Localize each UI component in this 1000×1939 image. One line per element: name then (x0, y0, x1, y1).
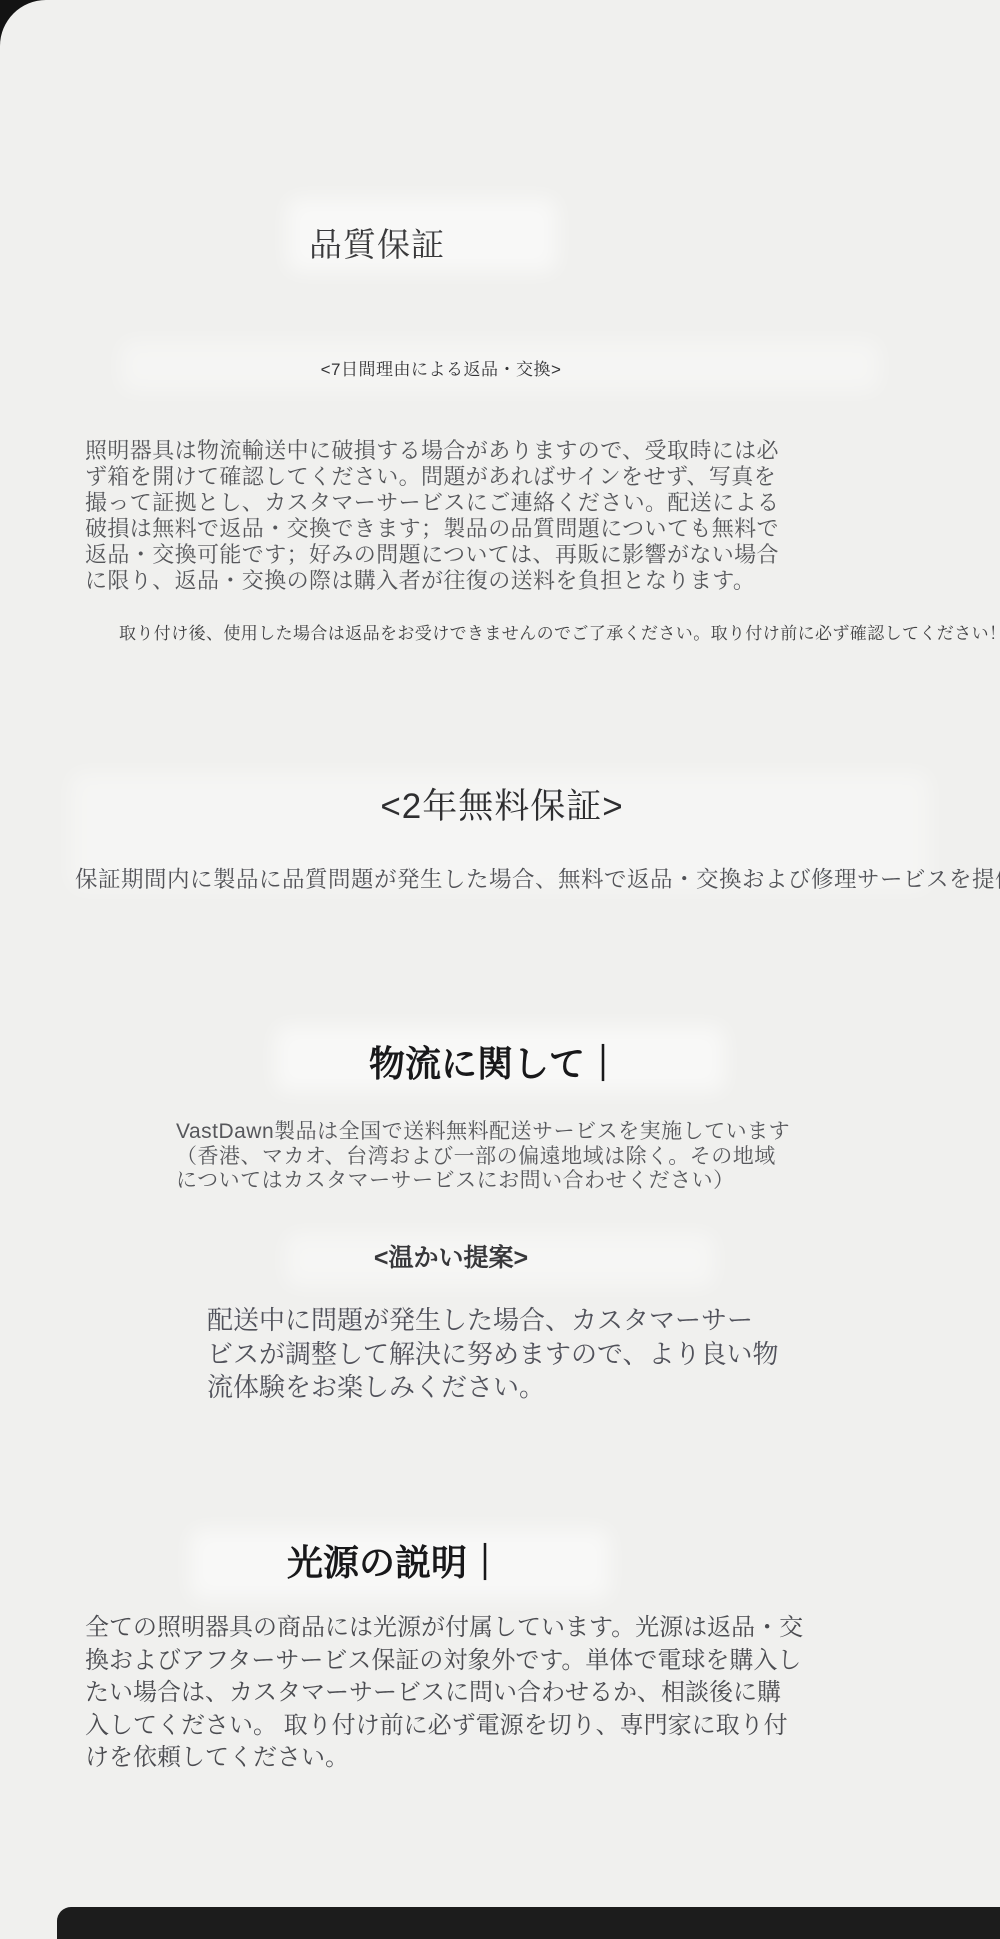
quality-guarantee-title: 品質保証 (227, 219, 527, 266)
logistics-title: 物流に関して｜ (295, 1036, 695, 1087)
light-source-body: 全ての照明器具の商品には光源が付属しています。光源は返品・交 換およびアフターサ… (85, 1612, 803, 1775)
two-year-warranty-body: 保証期間内に製品に品質問題が発生した場合、無料で返品・交換および修理サービスを提… (75, 862, 1000, 894)
logistics-body: VastDawn製品は全国で送料無料配送サービスを実施しています （香港、マカオ… (176, 1120, 790, 1194)
content-card: 品質保証 <7日間理由による返品・交換> 照明器具は物流輸送中に破損する場合があ… (0, 0, 1000, 1939)
warm-suggestion-body: 配送中に問題が発生した場合、カスタマーサー ビスが調整して解決に努めますので、よ… (207, 1304, 778, 1405)
next-section-preview (57, 1907, 1000, 1939)
two-year-warranty-title: <2年無料保証> (302, 779, 702, 829)
installation-return-notice: 取り付け後、使用した場合は返品をお受けできませんのでご了承ください。取り付け前に… (119, 619, 1000, 644)
warm-suggestion-title: <温かい提案> (251, 1238, 651, 1274)
page: 品質保証 <7日間理由による返品・交換> 照明器具は物流輸送中に破損する場合があ… (0, 0, 1000, 1939)
seven-day-return-subtitle: <7日間理由による返品・交換> (241, 355, 641, 380)
quality-guarantee-body: 照明器具は物流輸送中に破損する場合がありますので、受取時には必 ず箱を開けて確認… (85, 438, 779, 594)
light-source-title: 光源の説明｜ (195, 1535, 595, 1586)
